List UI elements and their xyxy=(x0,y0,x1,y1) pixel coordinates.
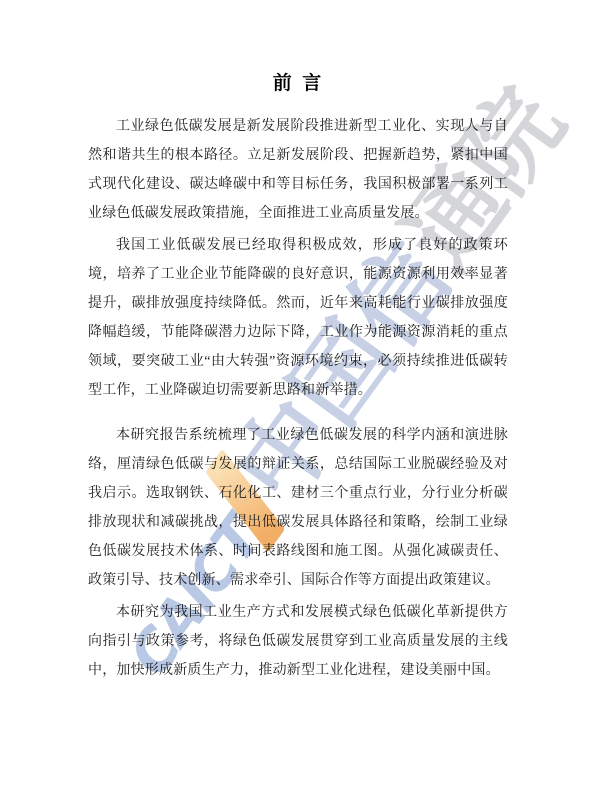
paragraph-4: 本研究为我国工业生产方式和发展模式绿色低碳化革新提供方向指引与政策参考，将绿色低… xyxy=(88,598,508,685)
preface-content: 前 言 工业绿色低碳发展是新发展阶段推进新型工业化、实现人与自然和谐共生的根本路… xyxy=(88,70,508,685)
page-title: 前 言 xyxy=(88,70,508,96)
document-page: CAICT中国信通院 前 言 工业绿色低碳发展是新发展阶段推进新型工业化、实现人… xyxy=(0,0,594,806)
paragraph-2: 我国工业低碳发展已经取得积极成效，形成了良好的政策环境，培养了工业企业节能降碳的… xyxy=(88,231,508,405)
paragraph-1: 工业绿色低碳发展是新发展阶段推进新型工业化、实现人与自然和谐共生的根本路径。立足… xyxy=(88,112,508,228)
paragraph-3: 本研究报告系统梳理了工业绿色低碳发展的科学内涵和演进脉络，厘清绿色低碳与发展的辩… xyxy=(88,421,508,595)
